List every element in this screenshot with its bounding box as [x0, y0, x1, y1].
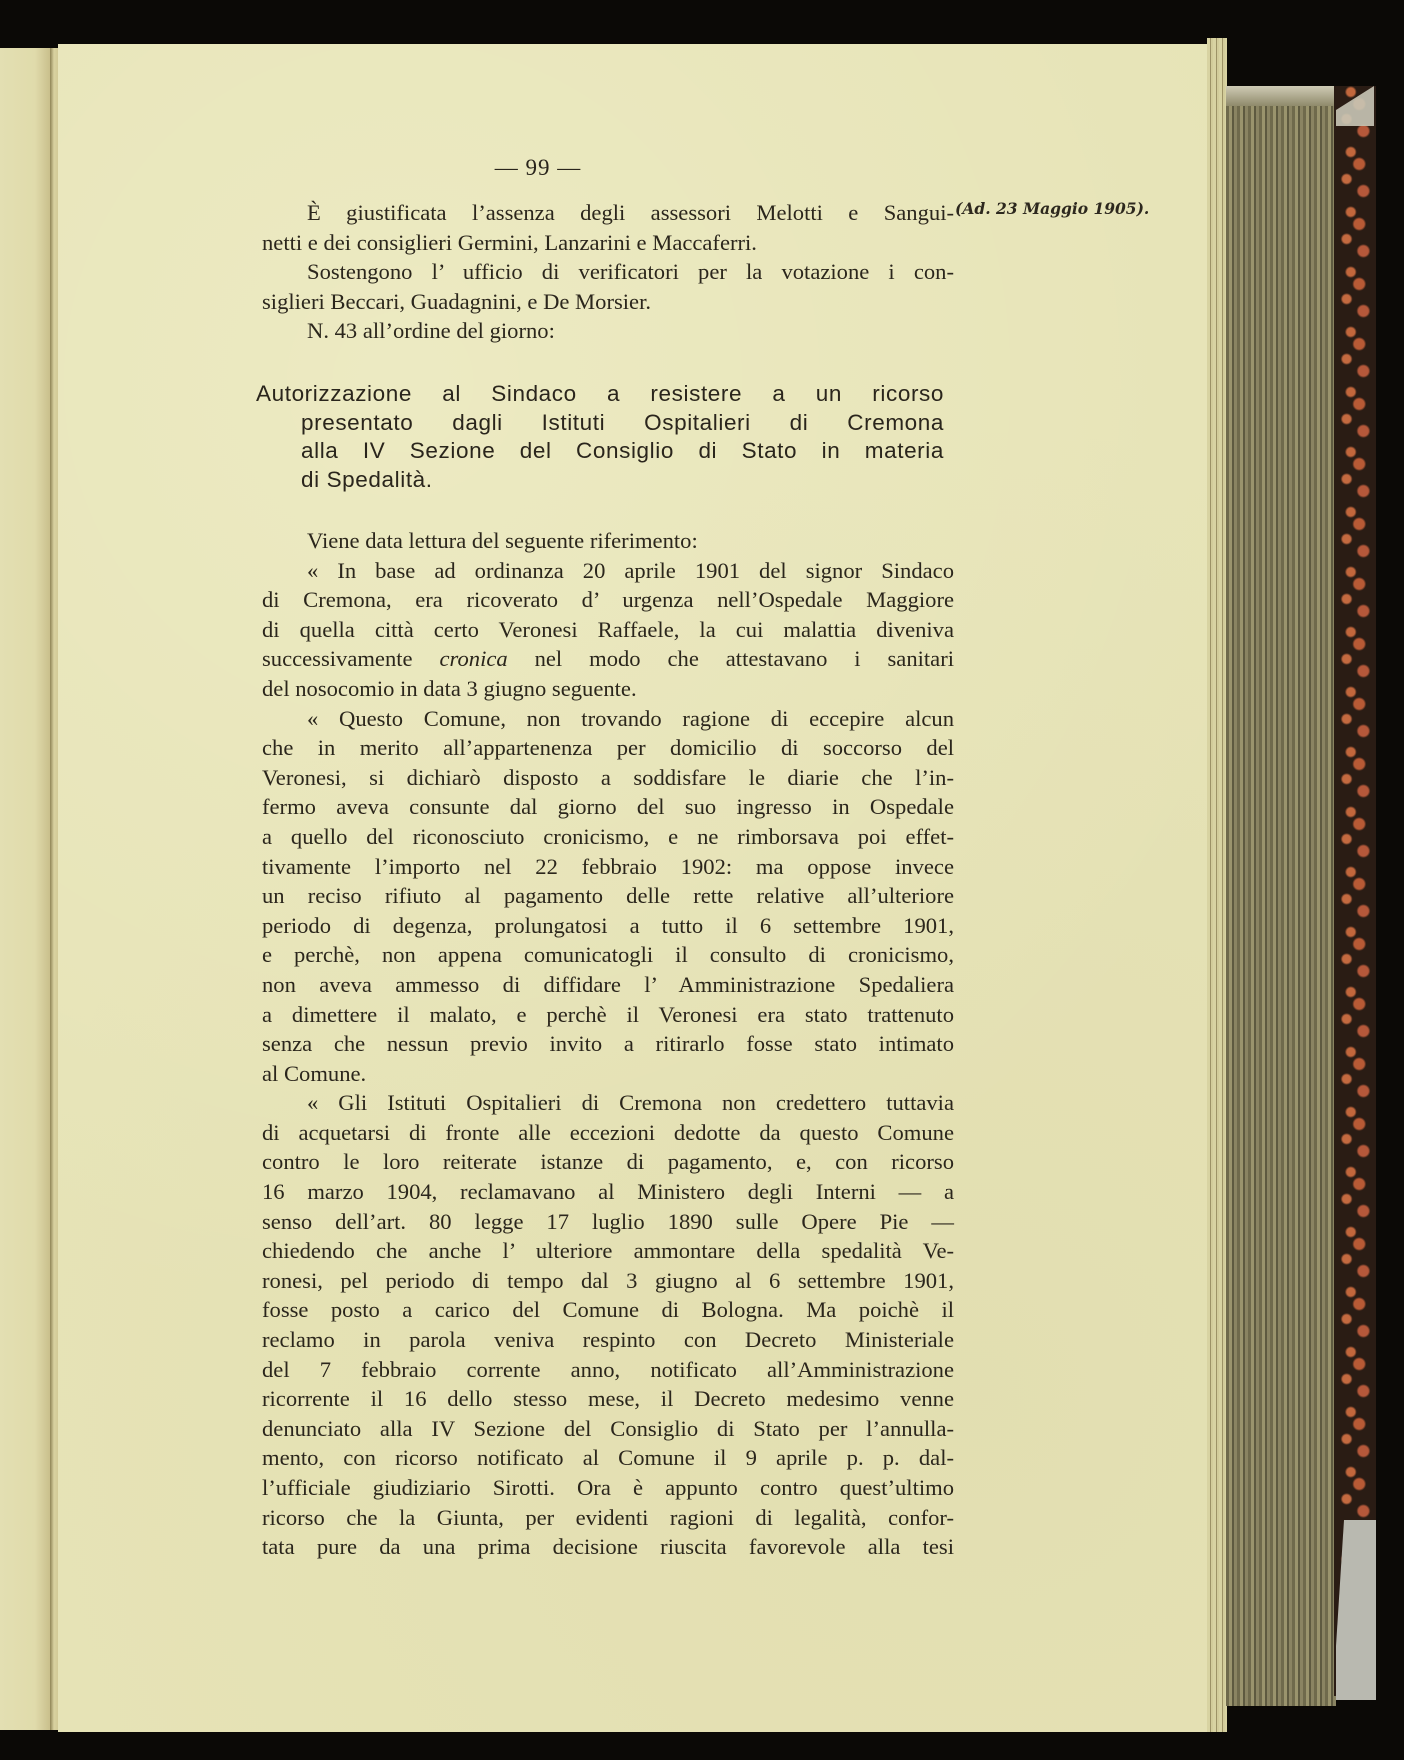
title-line: di Spedalità. [256, 466, 944, 495]
text-line: N. 43 all’ordine del giorno: [262, 316, 954, 346]
text-line: mento, con ricorso notificato al Comune … [262, 1443, 954, 1473]
text-line: Veronesi, si dichiarò disposto a soddisf… [262, 763, 954, 793]
text-line: ricorso che la Giunta, per evidenti ragi… [262, 1503, 954, 1533]
text-line: 16 marzo 1904, reclamavano al Ministero … [262, 1177, 954, 1207]
text-line: successivamente cronica nel modo che att… [262, 644, 954, 674]
text-line: al Comune. [262, 1059, 954, 1089]
text-line: Sostengono l’ ufficio di verificatori pe… [262, 257, 954, 287]
book-block-top [1226, 86, 1338, 106]
text-line: Viene data lettura del seguente riferime… [262, 526, 954, 556]
text-line: « Questo Comune, non trovando ragione di… [262, 704, 954, 734]
title-line: alla IV Sezione del Consiglio di Stato i… [256, 437, 944, 466]
text-line: non aveva ammesso di diffidare l’ Ammini… [262, 970, 954, 1000]
text-line: ricorrente il 16 dello stesso mese, il D… [262, 1384, 954, 1414]
body-text: Viene data lettura del seguente riferime… [262, 526, 954, 1562]
page-number: — 99 — [468, 155, 608, 181]
text-line: di quella città certo Veronesi Raffaele,… [262, 615, 954, 645]
text-line: che in merito all’appartenenza per domic… [262, 733, 954, 763]
text-line: fermo aveva consunte dal giorno del suo … [262, 792, 954, 822]
marbled-cover [1334, 86, 1376, 1696]
text-line: del 7 febbraio corrente anno, notificato… [262, 1355, 954, 1385]
text-line: netti e dei consiglieri Germini, Lanzari… [262, 228, 954, 258]
text-line: un reciso rifiuto al pagamento delle ret… [262, 881, 954, 911]
text-line: ronesi, pel periodo di tempo dal 3 giugn… [262, 1266, 954, 1296]
margin-date-note: (Ad. 23 Maggio 1905). [955, 199, 1149, 218]
text-line: e perchè, non appena comunicatogli il co… [262, 940, 954, 970]
title-line: Autorizzazione al Sindaco a resistere a … [256, 380, 944, 409]
text-line: « In base ad ordinanza 20 aprile 1901 de… [262, 556, 954, 586]
text-line: l’ufficiale giudiziario Sirotti. Ora è a… [262, 1473, 954, 1503]
page-stack-edges [1207, 38, 1227, 1732]
text-line: senza che nessun previo invito a ritirar… [262, 1029, 954, 1059]
intro-paragraphs: È giustificata l’assenza degli assessori… [262, 198, 954, 346]
text-line: periodo di degenza, prolungatosi a tutto… [262, 911, 954, 941]
text-line: reclamo in parola veniva respinto con De… [262, 1325, 954, 1355]
text-line: È giustificata l’assenza degli assessori… [262, 198, 954, 228]
text-line: di Cremona, era ricoverato d’ urgenza ne… [262, 585, 954, 615]
text-line: a quello del riconosciuto cronicismo, e … [262, 822, 954, 852]
title-line: presentato dagli Istituti Ospitalieri di… [256, 409, 944, 438]
section-title: Autorizzazione al Sindaco a resistere a … [256, 380, 944, 494]
text-line: a dimettere il malato, e perchè il Veron… [262, 1000, 954, 1030]
text-line: siglieri Beccari, Guadagnini, e De Morsi… [262, 287, 954, 317]
italic-word: cronica [440, 646, 508, 671]
text-line: tata pure da una prima decisione riuscit… [262, 1532, 954, 1562]
text-line: del nosocomio in data 3 giugno seguente. [262, 674, 954, 704]
facing-page-edge [0, 48, 50, 1730]
text-line: fosse posto a carico del Comune di Bolog… [262, 1295, 954, 1325]
text-line: senso dell’art. 80 legge 17 luglio 1890 … [262, 1207, 954, 1237]
text-line: contro le loro reiterate istanze di paga… [262, 1147, 954, 1177]
text-line: « Gli Istituti Ospitalieri di Cremona no… [262, 1088, 954, 1118]
text-line: tivamente l’importo nel 22 febbraio 1902… [262, 852, 954, 882]
book-block-fore-edge [1226, 86, 1336, 1706]
text-line: chiedendo che anche l’ ulteriore ammonta… [262, 1236, 954, 1266]
text-line: denunciato alla IV Sezione del Consiglio… [262, 1414, 954, 1444]
text-line: di acquetarsi di fronte alle eccezioni d… [262, 1118, 954, 1148]
